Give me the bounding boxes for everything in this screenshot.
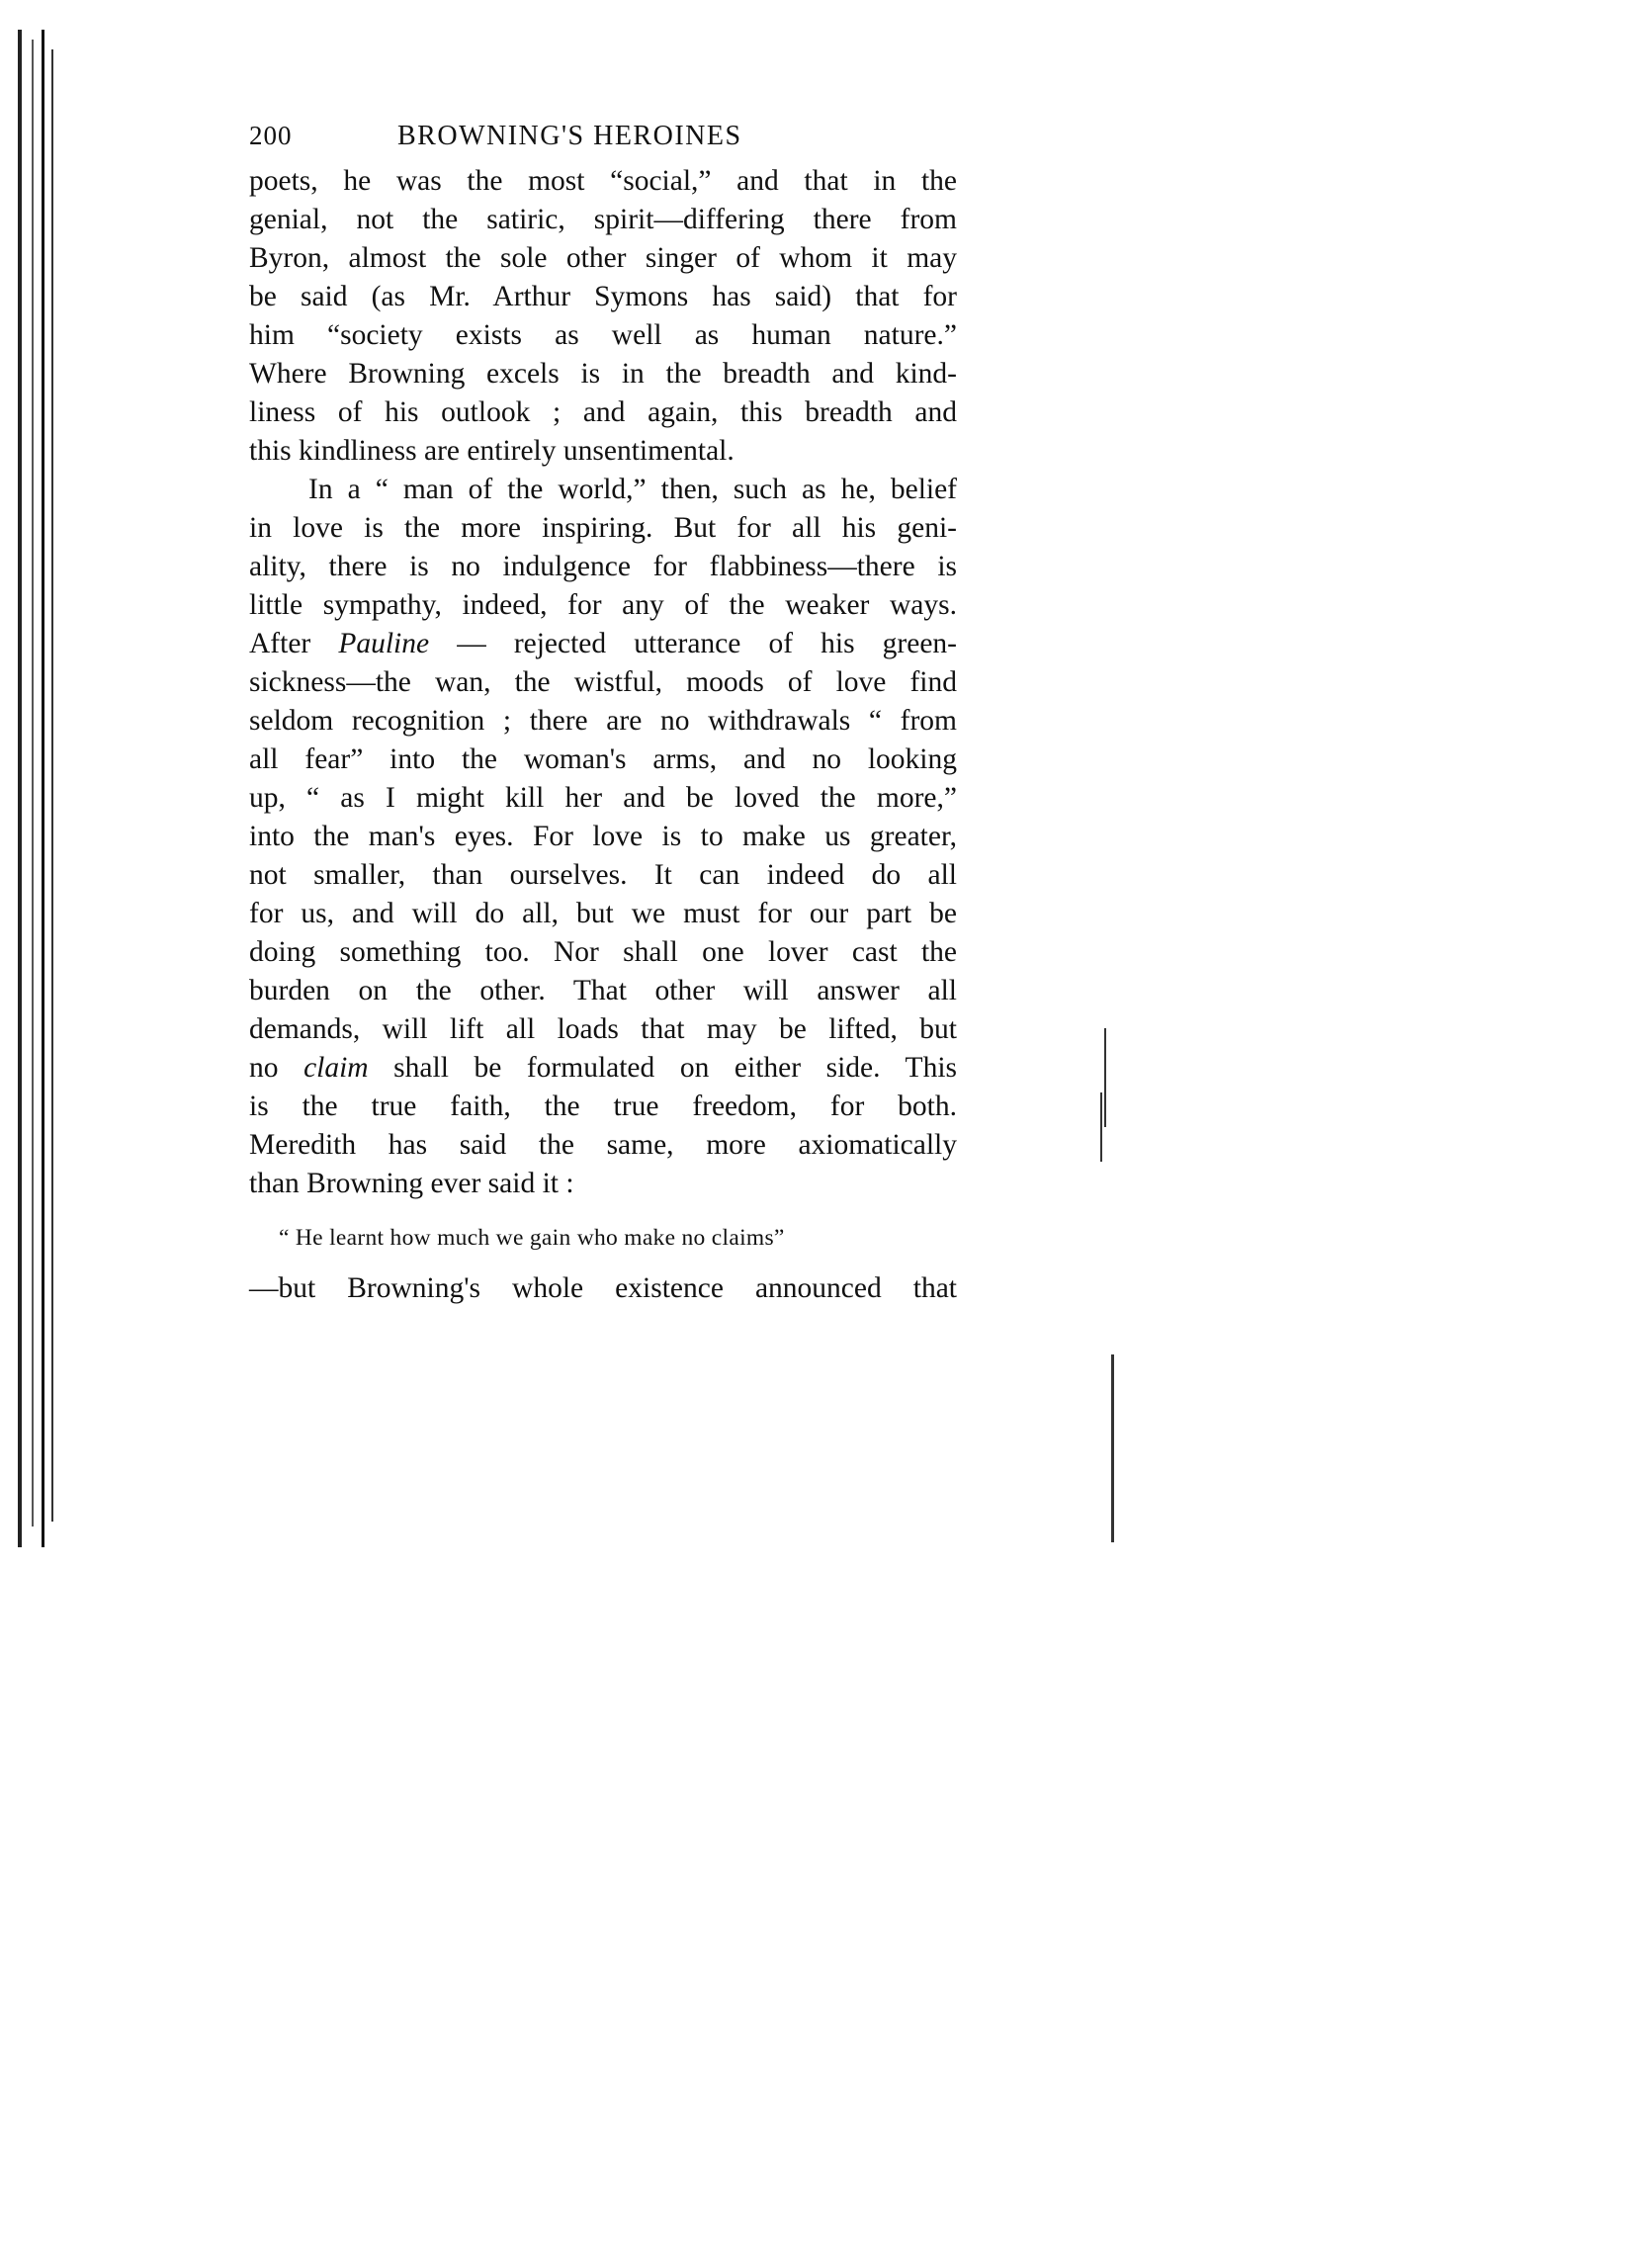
scan-mark xyxy=(1100,1092,1102,1162)
text-line: sickness—the wan, the wistful, moods of … xyxy=(249,663,957,702)
text-line: be said (as Mr. Arthur Symons has said) … xyxy=(249,278,957,316)
text-line: genial, not the satiric, spirit—differin… xyxy=(249,201,957,239)
text-line: him “society exists as well as human nat… xyxy=(249,316,957,355)
text-line: demands, will lift all loads that may be… xyxy=(249,1010,957,1049)
text-line: doing something too. Nor shall one lover… xyxy=(249,933,957,972)
paragraph-1: poets, he was the most “social,” and tha… xyxy=(249,162,957,471)
running-header: 200 BROWNING'S HEROINES xyxy=(249,121,957,152)
text-line: In a “ man of the world,” then, such as … xyxy=(249,471,957,509)
scan-mark xyxy=(1111,1354,1114,1542)
running-title: BROWNING'S HEROINES xyxy=(397,121,742,152)
text-line: Meredith has said the same, more axiomat… xyxy=(249,1126,957,1165)
text-line: no claim shall be formulated on either s… xyxy=(249,1049,957,1088)
text-span: no xyxy=(249,1052,303,1084)
text-line: than Browning ever said it : xyxy=(249,1165,957,1203)
text-line: Byron, almost the sole other singer of w… xyxy=(249,239,957,278)
text-span: — rejected utterance of his green- xyxy=(429,628,957,659)
text-line: burden on the other. That other will ans… xyxy=(249,972,957,1010)
text-line: for us, and will do all, but we must for… xyxy=(249,895,957,933)
scan-mark xyxy=(1104,1028,1106,1127)
book-spine-gutter xyxy=(10,30,57,1547)
page-number: 200 xyxy=(249,121,397,151)
text-span: shall be formulated on either side. This xyxy=(369,1052,957,1084)
block-quote: “ He learnt how much we gain who make no… xyxy=(279,1225,957,1252)
text-line: ality, there is no indulgence for flabbi… xyxy=(249,548,957,586)
text-span: After xyxy=(249,628,338,659)
text-line: seldom recognition ; there are no withdr… xyxy=(249,702,957,741)
book-page: 200 BROWNING'S HEROINES poets, he was th… xyxy=(249,121,957,1308)
text-line: into the man's eyes. For love is to make… xyxy=(249,818,957,856)
text-line: is the true faith, the true freedom, for… xyxy=(249,1088,957,1126)
text-line: poets, he was the most “social,” and tha… xyxy=(249,162,957,201)
text-line: Where Browning excels is in the breadth … xyxy=(249,355,957,393)
text-line: After Pauline — rejected utterance of hi… xyxy=(249,625,957,663)
text-line: not smaller, than ourselves. It can inde… xyxy=(249,856,957,895)
italic-word: claim xyxy=(303,1052,369,1084)
text-line: all fear” into the woman's arms, and no … xyxy=(249,741,957,779)
text-line: —but Browning's whole existence announce… xyxy=(249,1269,957,1308)
paragraph-3: —but Browning's whole existence announce… xyxy=(249,1269,957,1308)
text-line: liness of his outlook ; and again, this … xyxy=(249,393,957,432)
text-line: in love is the more inspiring. But for a… xyxy=(249,509,957,548)
italic-title: Pauline xyxy=(338,628,429,659)
paragraph-2: In a “ man of the world,” then, such as … xyxy=(249,471,957,1203)
text-line: little sympathy, indeed, for any of the … xyxy=(249,586,957,625)
text-line: this kindliness are entirely unsentiment… xyxy=(249,432,957,471)
text-line: up, “ as I might kill her and be loved t… xyxy=(249,779,957,818)
